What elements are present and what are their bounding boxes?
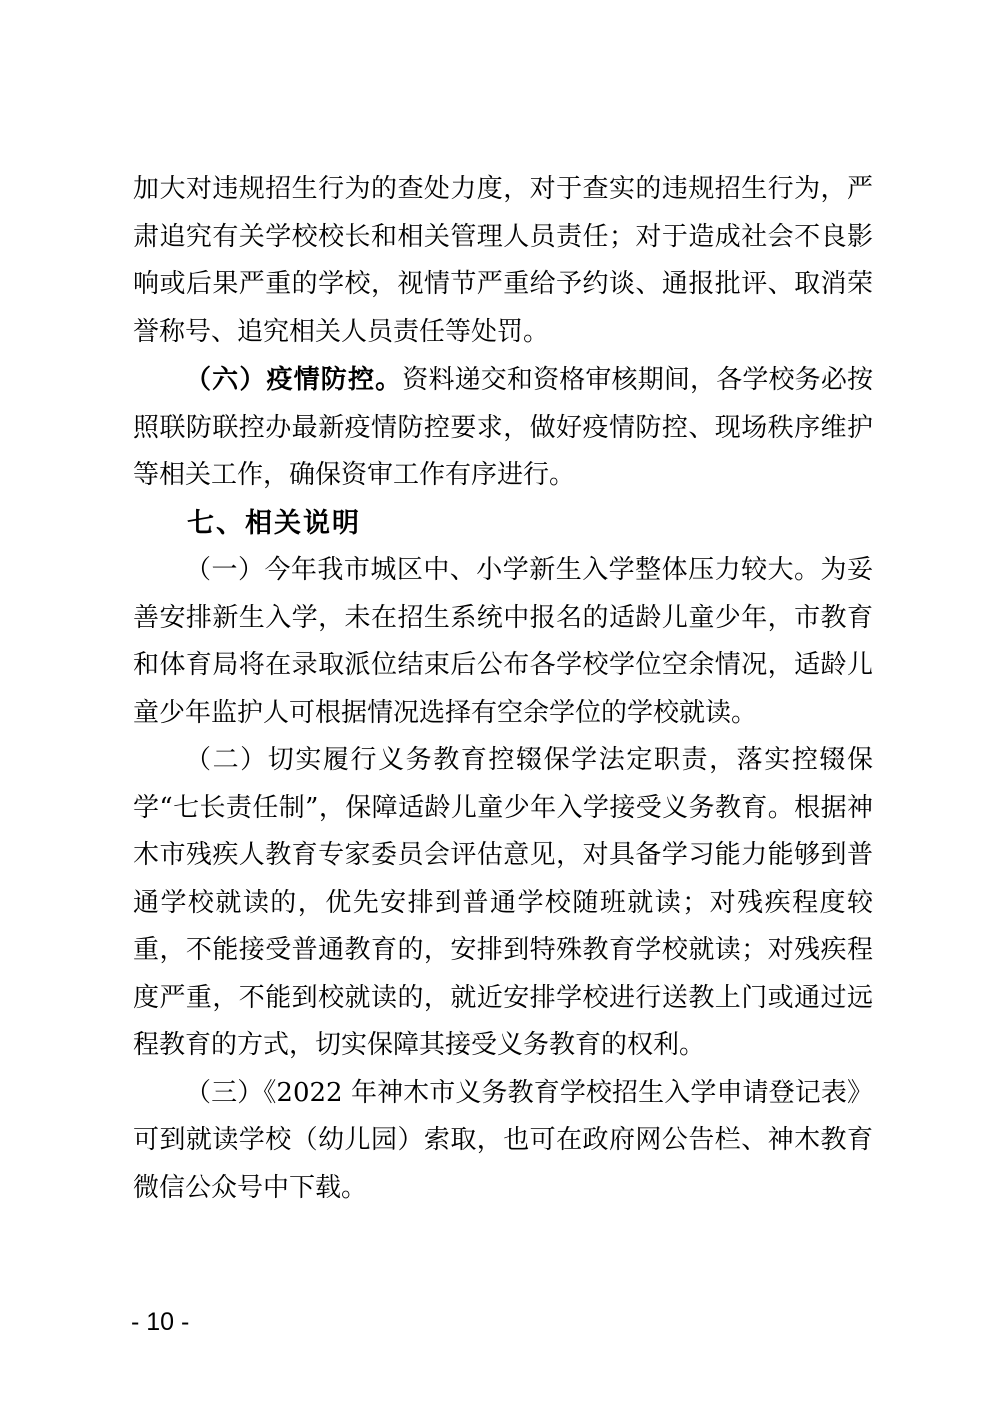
paragraph-bold-lead: （六）疫情防控。 <box>185 364 402 394</box>
document-body: 加大对违规招生行为的查处力度，对于查实的违规招生行为，严肃追究有关学校校长和相关… <box>133 166 873 1212</box>
paragraph-epidemic-prevention: （六）疫情防控。资料递交和资格审核期间，各学校务必按照联防联控办最新疫情防控要求… <box>133 356 873 500</box>
page-number: - 10 - <box>131 1308 189 1337</box>
paragraph-penalties-continuation: 加大对违规招生行为的查处力度，对于查实的违规招生行为，严肃追究有关学校校长和相关… <box>133 166 873 356</box>
document-page: 加大对违规招生行为的查处力度，对于查实的违规招生行为，严肃追究有关学校校长和相关… <box>0 0 1000 1414</box>
section-heading-related-notes: 七、相关说明 <box>133 500 873 548</box>
paragraph-note-2: （二）切实履行义务教育控辍保学法定职责，落实控辍保学“七长责任制”，保障适龄儿童… <box>133 737 873 1070</box>
paragraph-note-3: （三）《2022 年神木市义务教育学校招生入学申请登记表》可到就读学校（幼儿园）… <box>133 1070 873 1213</box>
paragraph-note-1: （一）今年我市城区中、小学新生入学整体压力较大。为妥善安排新生入学，未在招生系统… <box>133 547 873 737</box>
